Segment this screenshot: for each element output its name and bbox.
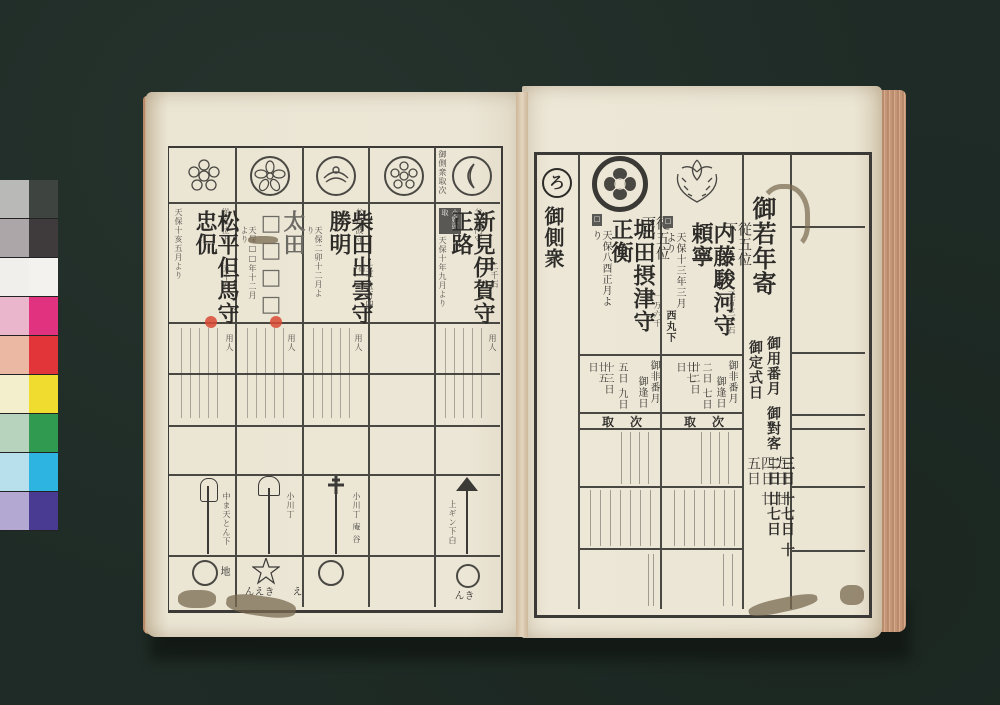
entry-stipend: 二千石 [490, 262, 498, 302]
schedule-sub: 御逢日 [636, 376, 646, 412]
spear-label: 上ギン下白 [448, 500, 456, 550]
duty-extra-days: 九日 廿四日 廿五日 [746, 456, 788, 516]
color-swatch-left-4 [0, 336, 29, 375]
color-swatch-right-6 [29, 414, 58, 453]
grid-line [579, 548, 743, 550]
grid-line [434, 147, 436, 607]
footer-label: 地 [218, 566, 228, 586]
color-swatch-left-2 [0, 258, 29, 297]
crest-plum-blossom-icon [384, 156, 424, 196]
grid-line [791, 352, 865, 354]
spear-label: 小川丁 [286, 492, 294, 532]
schedule-day: 二日 [700, 362, 710, 386]
entry-name: 松平但馬守忠侃 [194, 210, 238, 330]
grid-line [578, 154, 580, 609]
spear-label: 中ま天とん下 [222, 492, 230, 562]
crest-five-circles-icon [186, 158, 222, 194]
color-swatch-left-1 [0, 219, 29, 258]
role-badge: □ [592, 214, 602, 226]
retainer-names-block [696, 432, 736, 484]
section-marker-icon: ろ [542, 168, 572, 198]
schedule-day: 廿七日 [674, 362, 694, 392]
red-seal-mark [270, 316, 282, 328]
spear-head-icon [200, 478, 218, 502]
retainer-names-block [644, 554, 654, 606]
row-label: 用人 [354, 334, 362, 358]
crest-four-petal-icon [592, 156, 648, 212]
spear-standard-icon [268, 488, 270, 554]
color-swatch-left-8 [0, 492, 29, 531]
entry-note: 西丸下 [664, 310, 674, 350]
grid-line [791, 414, 865, 416]
schedule-day: 七日 [700, 388, 710, 412]
section-title: 御側衆 [543, 206, 563, 296]
color-swatch-right-4 [29, 336, 58, 375]
retainer-names-block [718, 554, 734, 606]
entry-appointed: 天保二卯十二月より [306, 226, 322, 306]
retainer-names-block [176, 328, 218, 418]
grid-line [169, 202, 500, 204]
row-label: 用人 [225, 334, 233, 358]
grid-line [579, 354, 743, 356]
color-swatch-right-5 [29, 375, 58, 414]
row-label: 用人 [488, 334, 496, 358]
crest-wave-bird-icon [316, 156, 356, 196]
entry-name: 太田□□□□ [260, 210, 304, 330]
spear-head-icon [456, 476, 478, 490]
color-swatch-right-3 [29, 297, 58, 336]
crest-crescent-icon [452, 156, 492, 196]
grid-line [791, 428, 865, 430]
duty-header: 御用番月 [766, 336, 780, 406]
retainer-names-block [440, 328, 486, 418]
color-swatch-right-1 [29, 219, 58, 258]
footer-label: きん [452, 590, 472, 610]
color-swatch-right-7 [29, 453, 58, 492]
schedule-sub: 御逢日 [714, 376, 724, 412]
color-calibration-strip [0, 180, 58, 532]
duty-subheader: 御定式日 [748, 340, 762, 410]
row-label: 取次 [598, 413, 658, 430]
paper-stain [248, 236, 278, 244]
entry-stipend: 三万三千石 [727, 290, 735, 340]
entry-stipend: 三千五百四石 [357, 264, 373, 314]
header-note: 御側衆取次 [438, 150, 446, 205]
retainer-names-block [616, 432, 656, 484]
schedule-day: 五日 [616, 362, 626, 386]
row-label: 用人 [287, 334, 295, 358]
crest-flower-icon [250, 156, 290, 196]
grid-line [579, 486, 743, 488]
footer-character-crest-icon [456, 564, 480, 588]
schedule-day: 九日 [616, 388, 626, 412]
schedule-label: 御非番月 [726, 360, 736, 410]
entry-stipend: 五千石 [222, 264, 230, 304]
entry-appointed: 天保十年九月より [438, 236, 446, 316]
grid-line [791, 486, 865, 488]
color-swatch-left-0 [0, 180, 29, 219]
retainer-names-block [308, 328, 350, 418]
retainer-names-block [242, 328, 284, 418]
book-gutter [516, 92, 528, 637]
entry-appointed: 天保十三年三月より [664, 232, 684, 312]
spear-label: 小川丁 庵 谷 [352, 492, 360, 552]
color-swatch-left-3 [0, 297, 29, 336]
duty-audience: 御對客 [766, 406, 780, 456]
red-seal-mark [205, 316, 217, 328]
grid-line [169, 425, 500, 427]
entry-stipend: 一万六千石 [645, 292, 661, 332]
schedule-day: 廿五日 [586, 362, 606, 392]
color-swatch-left-7 [0, 453, 29, 492]
color-swatch-right-2 [29, 258, 58, 297]
role-badge: □ [663, 216, 673, 228]
entry-name: 新見伊賀守正路 [450, 210, 494, 330]
paper-stain [840, 585, 864, 605]
grid-line [169, 555, 500, 557]
entry-appointed: 天保八酉正月より [590, 230, 610, 310]
row-label: 取次 [680, 413, 740, 430]
retainer-names-block [668, 490, 740, 546]
color-swatch-left-6 [0, 414, 29, 453]
footer-star-crest-icon [252, 558, 280, 586]
footer-crest-icon [192, 560, 218, 586]
paper-stain [178, 590, 216, 608]
spear-standard-icon [466, 488, 468, 554]
retainer-names-block [584, 490, 658, 546]
grid-line [791, 550, 865, 552]
color-swatch-left-5 [0, 375, 29, 414]
entry-appointed: 天保十亥五月より [174, 208, 182, 298]
footer-triple-ring-crest-icon [318, 560, 344, 586]
color-swatch-right-8 [29, 492, 58, 531]
schedule-label: 御非番月 [648, 360, 658, 410]
spear-head-icon [258, 476, 280, 496]
crest-wisteria-icon [670, 156, 724, 206]
color-swatch-right-0 [29, 180, 58, 219]
spear-head-icon [326, 476, 346, 494]
